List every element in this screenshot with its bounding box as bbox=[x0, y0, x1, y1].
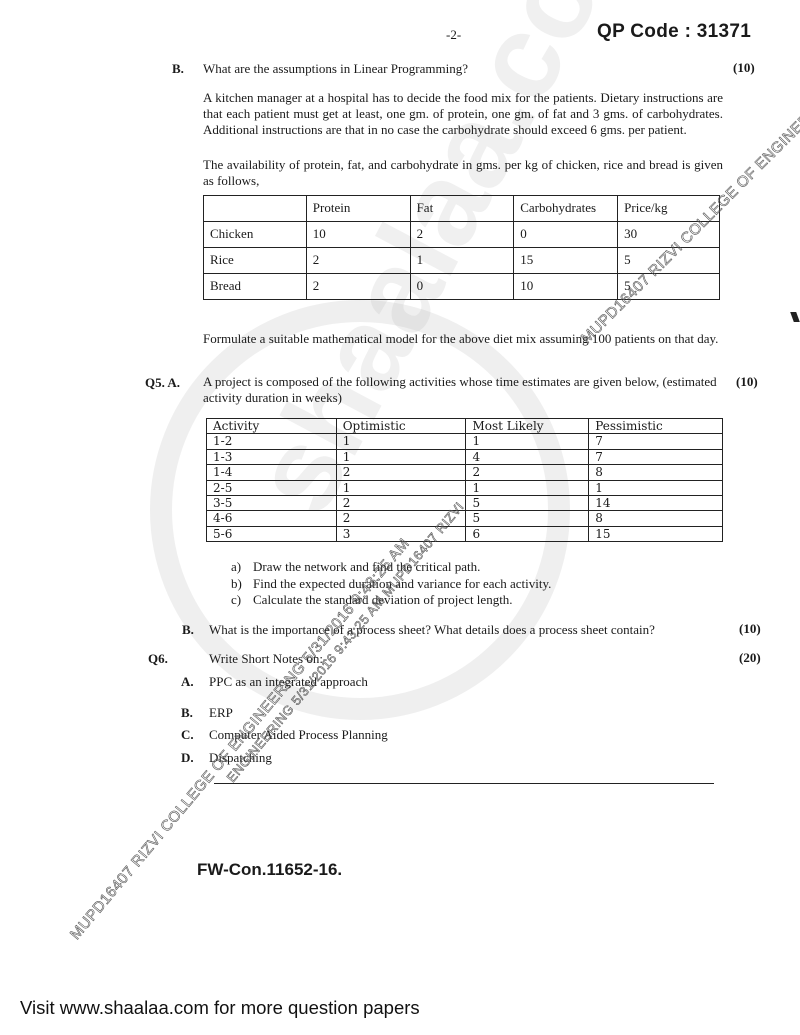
qp-code: QP Code : 31371 bbox=[597, 21, 751, 43]
activity-table-cell: 4-6 bbox=[207, 511, 337, 526]
diet-table-cell: 2 bbox=[306, 274, 410, 300]
activity-table-row: 3-52514 bbox=[207, 495, 723, 510]
diet-table-cell: Rice bbox=[204, 248, 307, 274]
activity-table-cell: 1 bbox=[466, 434, 589, 449]
diet-table-cell: 30 bbox=[618, 222, 720, 248]
scan-mark bbox=[790, 312, 800, 322]
activity-table-cell: 2 bbox=[336, 511, 466, 526]
activity-table-cell: 7 bbox=[589, 449, 723, 464]
activity-table-cell: 8 bbox=[589, 511, 723, 526]
diet-table-cell: 5 bbox=[618, 274, 720, 300]
q6-item-text: ERP bbox=[209, 705, 233, 721]
q4b-paragraph-1: A kitchen manager at a hospital has to d… bbox=[203, 90, 723, 138]
activity-table-cell: 1 bbox=[336, 480, 466, 495]
activity-table-cell: 2 bbox=[336, 465, 466, 480]
activity-table-cell: 8 bbox=[589, 465, 723, 480]
activity-table-cell: 1 bbox=[336, 434, 466, 449]
q6-label: Q6. bbox=[148, 651, 168, 667]
q4b-paragraph-3: Formulate a suitable mathematical model … bbox=[203, 331, 723, 347]
activity-table-cell: 1 bbox=[336, 449, 466, 464]
subpart-label: b) bbox=[231, 576, 253, 593]
subpart-item: b)Find the expected duration and varianc… bbox=[231, 576, 551, 593]
activity-table-header-cell: Most Likely bbox=[466, 419, 589, 434]
diet-table-cell: Bread bbox=[204, 274, 307, 300]
diet-table-cell: 10 bbox=[514, 274, 618, 300]
diet-table-cell: 5 bbox=[618, 248, 720, 274]
q6-item-text: Computer Aided Process Planning bbox=[209, 727, 388, 743]
activity-table-cell: 1-2 bbox=[207, 434, 337, 449]
page-number: -2- bbox=[446, 27, 461, 43]
activity-table-cell: 2 bbox=[336, 495, 466, 510]
diet-table-row: Bread20105 bbox=[204, 274, 720, 300]
q5b-label: B. bbox=[182, 622, 194, 638]
activity-table-header-cell: Pessimistic bbox=[589, 419, 723, 434]
activity-table: ActivityOptimisticMost LikelyPessimistic… bbox=[206, 418, 723, 542]
activity-table-cell: 1-3 bbox=[207, 449, 337, 464]
q6-item-label: B. bbox=[181, 705, 193, 721]
diet-table-cell: 10 bbox=[306, 222, 410, 248]
activity-table-cell: 1 bbox=[466, 480, 589, 495]
activity-table-cell: 7 bbox=[589, 434, 723, 449]
activity-table-row: 5-63615 bbox=[207, 526, 723, 541]
activity-table-cell: 2-5 bbox=[207, 480, 337, 495]
diet-table-header-cell bbox=[204, 196, 307, 222]
end-divider bbox=[214, 783, 714, 784]
diet-table-header-cell: Fat bbox=[410, 196, 514, 222]
q6-item-label: A. bbox=[181, 674, 194, 690]
activity-table-cell: 4 bbox=[466, 449, 589, 464]
activity-table-row: 1-2117 bbox=[207, 434, 723, 449]
activity-table-cell: 2 bbox=[466, 465, 589, 480]
q6-marks: (20) bbox=[739, 650, 761, 666]
diet-table-cell: 2 bbox=[306, 248, 410, 274]
diet-table-row: Rice21155 bbox=[204, 248, 720, 274]
visit-link-text: Visit www.shaalaa.com for more question … bbox=[20, 997, 420, 1019]
activity-table-cell: 1-4 bbox=[207, 465, 337, 480]
diet-table-cell: 15 bbox=[514, 248, 618, 274]
diet-table-header-cell: Carbohydrates bbox=[514, 196, 618, 222]
activity-table-row: 4-6258 bbox=[207, 511, 723, 526]
activity-table-cell: 5 bbox=[466, 495, 589, 510]
subpart-item: c)Calculate the standard deviation of pr… bbox=[231, 592, 551, 609]
subpart-text: Calculate the standard deviation of proj… bbox=[253, 592, 513, 607]
diet-table-cell: 0 bbox=[410, 274, 514, 300]
activity-table-cell: 14 bbox=[589, 495, 723, 510]
subpart-label: a) bbox=[231, 559, 253, 576]
diet-table-row: Chicken102030 bbox=[204, 222, 720, 248]
q4b-question: What are the assumptions in Linear Progr… bbox=[203, 61, 468, 77]
diet-table-header-cell: Protein bbox=[306, 196, 410, 222]
q5b-marks: (10) bbox=[739, 621, 761, 637]
activity-table-header-cell: Optimistic bbox=[336, 419, 466, 434]
diet-table-cell: Chicken bbox=[204, 222, 307, 248]
q6-intro: Write Short Notes on:- bbox=[209, 651, 327, 667]
diet-table-header-row: ProteinFatCarbohydratesPrice/kg bbox=[204, 196, 720, 222]
subpart-label: c) bbox=[231, 592, 253, 609]
diet-table-cell: 0 bbox=[514, 222, 618, 248]
activity-table-row: 2-5111 bbox=[207, 480, 723, 495]
q5b-question: What is the importance of a process shee… bbox=[209, 622, 655, 638]
q4b-paragraph-2: The availability of protein, fat, and ca… bbox=[203, 157, 723, 189]
subpart-text: Find the expected duration and variance … bbox=[253, 576, 551, 591]
activity-table-row: 1-3147 bbox=[207, 449, 723, 464]
q4b-marks: (10) bbox=[733, 60, 755, 76]
activity-table-row: 1-4228 bbox=[207, 465, 723, 480]
activity-table-cell: 5-6 bbox=[207, 526, 337, 541]
q6-item-text: PPC as an integrated approach bbox=[209, 674, 368, 690]
q6-item-text: Dispatching bbox=[209, 750, 272, 766]
q6-item-label: D. bbox=[181, 750, 194, 766]
activity-table-cell: 5 bbox=[466, 511, 589, 526]
activity-table-cell: 1 bbox=[589, 480, 723, 495]
diet-table-cell: 1 bbox=[410, 248, 514, 274]
diet-table: ProteinFatCarbohydratesPrice/kgChicken10… bbox=[203, 195, 720, 300]
q5a-question: A project is composed of the following a… bbox=[203, 374, 723, 406]
diet-table-header-cell: Price/kg bbox=[618, 196, 720, 222]
subpart-item: a)Draw the network and find the critical… bbox=[231, 559, 551, 576]
diet-table-cell: 2 bbox=[410, 222, 514, 248]
activity-table-cell: 15 bbox=[589, 526, 723, 541]
subpart-text: Draw the network and find the critical p… bbox=[253, 559, 480, 574]
activity-table-cell: 3-5 bbox=[207, 495, 337, 510]
q6-item-label: C. bbox=[181, 727, 194, 743]
activity-table-header-row: ActivityOptimisticMost LikelyPessimistic bbox=[207, 419, 723, 434]
activity-table-header-cell: Activity bbox=[207, 419, 337, 434]
activity-table-cell: 3 bbox=[336, 526, 466, 541]
q5a-subparts: a)Draw the network and find the critical… bbox=[231, 559, 551, 609]
activity-table-cell: 6 bbox=[466, 526, 589, 541]
con-code: FW-Con.11652-16. bbox=[197, 860, 342, 880]
q5a-marks: (10) bbox=[736, 374, 758, 390]
q4b-label: B. bbox=[172, 61, 184, 77]
q5a-label: Q5. A. bbox=[145, 375, 180, 391]
